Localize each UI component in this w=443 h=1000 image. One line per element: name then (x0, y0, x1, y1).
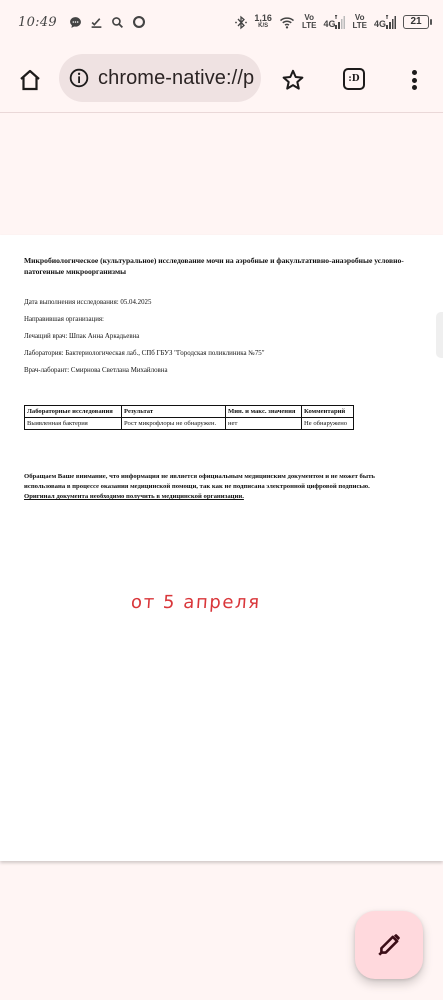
network-speed: 1,16 K/S (254, 14, 272, 30)
cell-test: Выявленная бактерия (25, 418, 122, 430)
search-icon (111, 16, 124, 29)
pdf-page[interactable]: Микробиологическое (культуральное) иссле… (0, 235, 443, 861)
document-title: Микробиологическое (культуральное) иссле… (24, 255, 419, 277)
pencil-icon (376, 932, 402, 958)
circle-icon (132, 15, 146, 29)
cell-range: нет (226, 418, 302, 430)
sim1-signal: 4G (323, 15, 345, 29)
cell-comment: Не обнаружено (302, 418, 354, 430)
url-text[interactable]: chrome-native://p (98, 67, 254, 90)
browser-toolbar: chrome-native://p :D (0, 44, 443, 112)
clock: 10:49 (18, 15, 57, 30)
home-button[interactable] (16, 66, 44, 94)
col-header-tests: Лабораторные исследования (25, 406, 122, 418)
table-row: Выявленная бактерия Рост микрофлоры не о… (25, 418, 354, 430)
disclaimer-notice: Обращаем Ваше внимание, что информация н… (24, 472, 406, 502)
tab-switcher-button[interactable]: :D (341, 66, 367, 92)
home-icon (18, 68, 42, 92)
status-bar: 10:49 1,16 K/S Vo LTE 4G (0, 0, 443, 44)
col-header-result: Результат (122, 406, 226, 418)
signal-bars-icon (386, 15, 396, 29)
table-header-row: Лабораторные исследования Результат Мин.… (25, 406, 354, 418)
disclaimer-underlined: Оригинал документа необходимо получить в… (24, 493, 244, 500)
document-content: Микробиологическое (культуральное) иссле… (24, 255, 419, 277)
menu-dot (412, 78, 417, 83)
menu-dot (412, 70, 417, 75)
download-done-icon (90, 16, 103, 29)
signal-bars-icon (335, 15, 345, 29)
edit-fab-button[interactable] (355, 911, 423, 979)
chat-bubble-icon (69, 16, 82, 29)
results-table: Лабораторные исследования Результат Мин.… (24, 405, 354, 430)
bookmark-button[interactable] (279, 66, 307, 94)
address-bar[interactable]: chrome-native://p (59, 54, 261, 102)
sim2-signal: 4G (374, 15, 396, 29)
menu-dot (412, 85, 417, 90)
tab-count-icon: :D (343, 68, 365, 90)
disclaimer-text: Обращаем Ваше внимание, что информация н… (24, 473, 375, 490)
toolbar-divider (0, 112, 443, 113)
field-doctor: Лечащий врач: Шпак Анна Аркадьевна (24, 332, 139, 341)
network-speed-value: 1,16 (254, 14, 272, 22)
network-speed-unit: K/S (258, 22, 268, 30)
field-referring-org: Направившая организация: (24, 315, 104, 324)
field-date: Дата выполнения исследования: 05.04.2025 (24, 298, 151, 307)
field-lab-doctor: Врач-лаборант: Смирнова Светлана Михайло… (24, 366, 168, 375)
battery-indicator: 21 (403, 15, 429, 29)
handwritten-annotation: от 5 апреля (130, 592, 261, 613)
bluetooth-icon (235, 15, 247, 30)
wifi-icon (279, 16, 295, 29)
field-laboratory: Лаборатория: Бактериологическая лаб., СП… (24, 349, 265, 358)
fast-scroll-handle[interactable] (436, 312, 443, 358)
more-options-button[interactable] (404, 66, 424, 94)
info-icon[interactable] (69, 68, 89, 88)
sim1-volte-indicator: Vo LTE (302, 14, 317, 30)
sim1-network-type: 4G (323, 19, 335, 29)
sim1-volte-bottom: LTE (302, 22, 317, 30)
sim2-volte-indicator: Vo LTE (352, 14, 367, 30)
star-icon (281, 68, 305, 92)
col-header-comment: Комментарий (302, 406, 354, 418)
col-header-range: Мин. и макс. значения (226, 406, 302, 418)
sim2-volte-bottom: LTE (352, 22, 367, 30)
system-indicators: 1,16 K/S Vo LTE 4G Vo LTE 4G 21 (235, 14, 429, 30)
notification-icons (69, 15, 146, 29)
cell-result: Рост микрофлоры не обнаружен. (122, 418, 226, 430)
sim2-network-type: 4G (374, 19, 386, 29)
